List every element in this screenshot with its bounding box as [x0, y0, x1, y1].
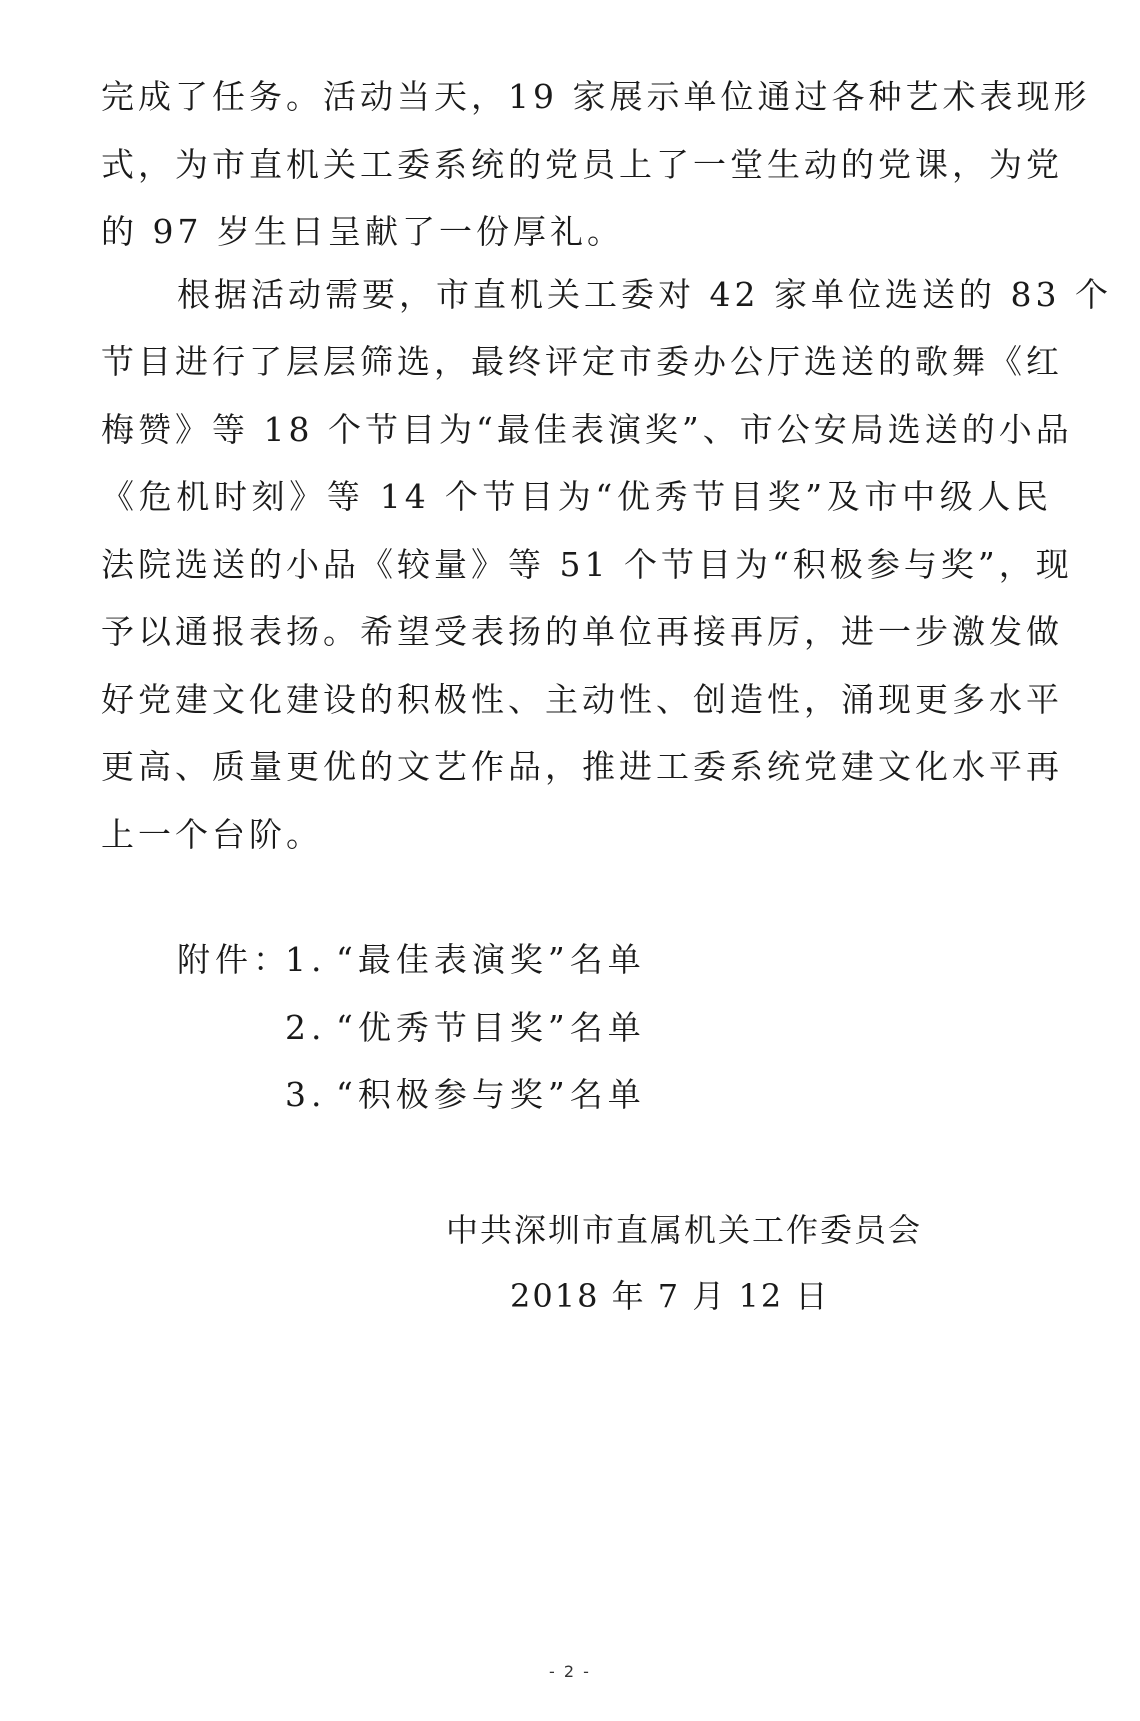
paragraph-line: 予以通报表扬。希望受表扬的单位再接再厉，进一步激发做	[101, 612, 1052, 652]
paragraph-line: 梅赞》等 18 个节目为“最佳表演奖”、市公安局选送的小品	[101, 410, 1052, 450]
document-page: 完成了任务。活动当天，19 家展示单位通过各种艺术表现形 式，为市直机关工委系统…	[0, 0, 1140, 1721]
paragraph-line: 式，为市直机关工委系统的党员上了一堂生动的党课，为党	[101, 145, 1052, 185]
attachment-title: “最佳表演奖”名单	[336, 940, 646, 980]
signing-date: 2018 年 7 月 12 日	[510, 1276, 829, 1316]
paragraph-line: 好党建文化建设的积极性、主动性、创造性，涌现更多水平	[101, 680, 1052, 720]
page-number: - 2 -	[0, 1662, 1140, 1681]
signing-organization: 中共深圳市直属机关工作委员会	[446, 1210, 922, 1250]
paragraph-line: 更高、质量更优的文艺作品，推进工委系统党建文化水平再	[101, 747, 1052, 787]
paragraph-line: 法院选送的小品《较量》等 51 个节目为“积极参与奖”，现	[101, 545, 1052, 585]
paragraph-line: 完成了任务。活动当天，19 家展示单位通过各种艺术表现形	[101, 77, 1052, 117]
attachment-number: 1.	[285, 940, 327, 980]
paragraph-line: 上一个台阶。	[101, 815, 1052, 855]
attachment-title: “优秀节目奖”名单	[336, 1008, 646, 1048]
paragraph-line: 节目进行了层层筛选，最终评定市委办公厅选送的歌舞《红	[101, 342, 1052, 382]
attachment-number: 2.	[285, 1008, 327, 1048]
attachment-title: “积极参与奖”名单	[336, 1075, 646, 1115]
paragraph-line: 《危机时刻》等 14 个节目为“优秀节目奖”及市中级人民	[101, 477, 1052, 517]
paragraph-line: 的 97 岁生日呈献了一份厚礼。	[101, 212, 1052, 252]
attachments-label: 附件：	[177, 940, 291, 980]
paragraph-line: 根据活动需要，市直机关工委对 42 家单位选送的 83 个	[177, 275, 1052, 315]
attachment-number: 3.	[285, 1075, 327, 1115]
